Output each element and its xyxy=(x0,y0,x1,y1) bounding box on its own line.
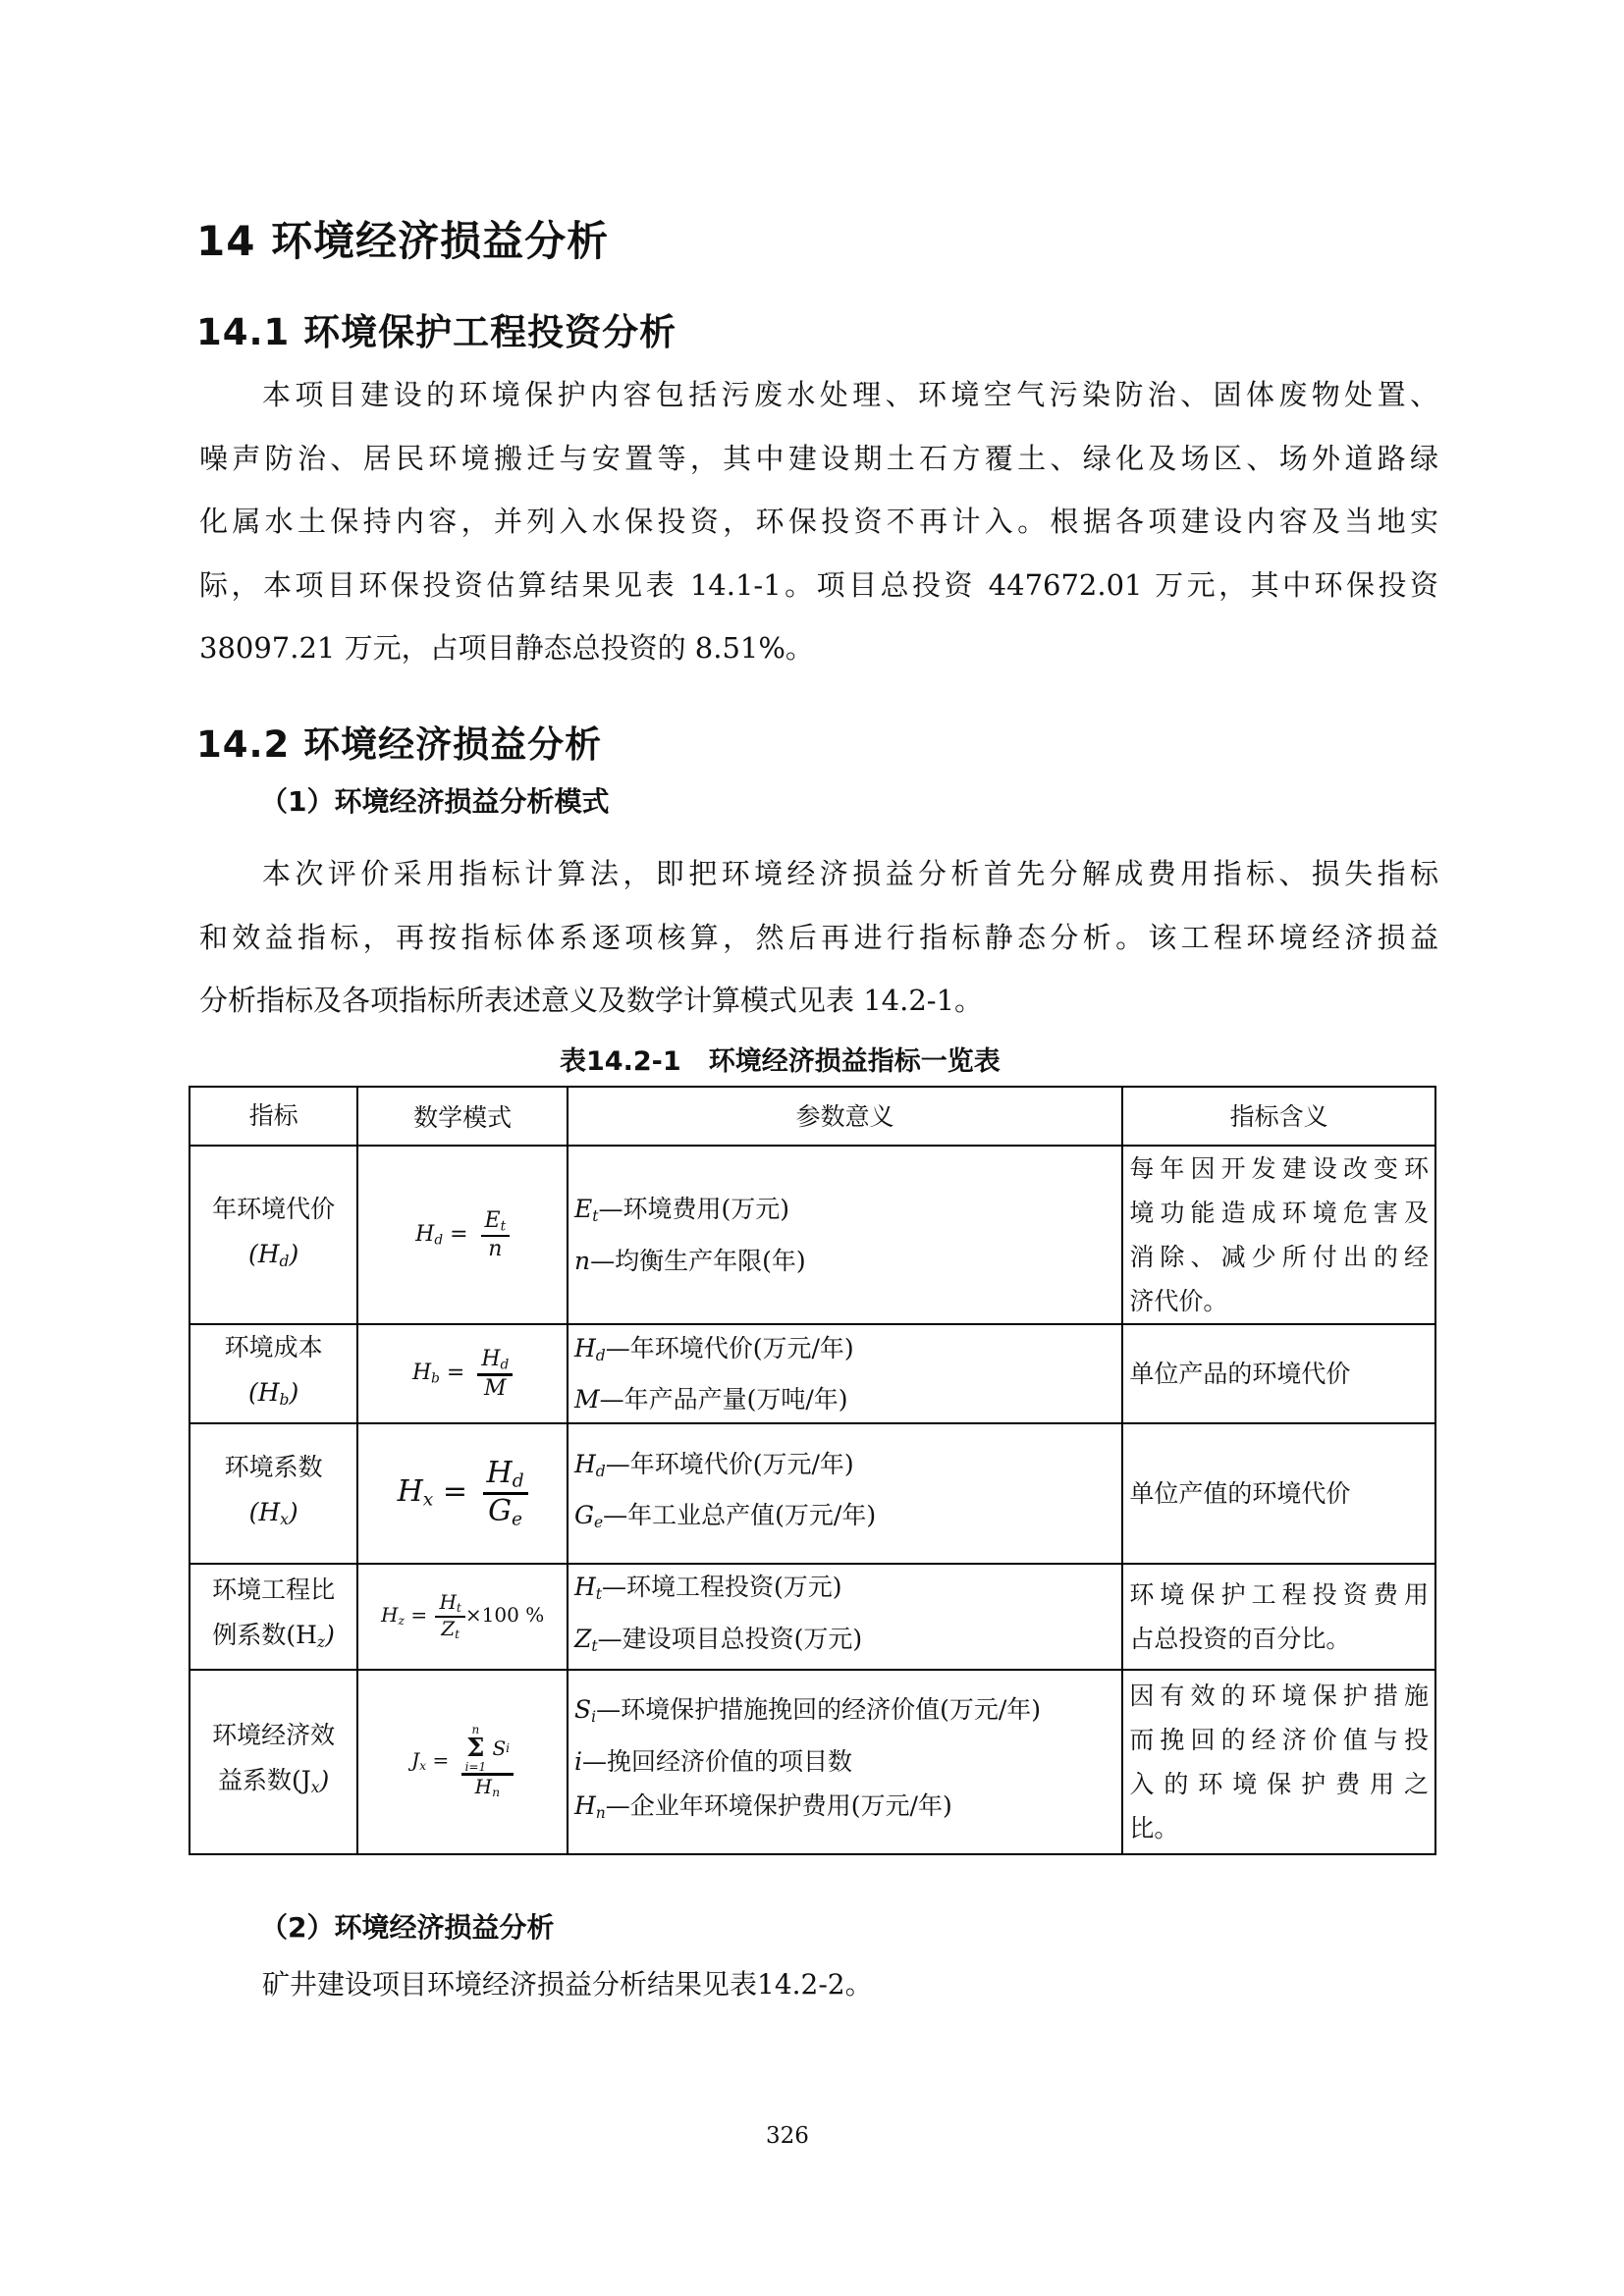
header-meaning: 指标含义 xyxy=(1122,1087,1435,1146)
formula-hb: Hb = HdM xyxy=(412,1361,513,1385)
param-line: Zt—建设项目总投资(万元) xyxy=(574,1617,1115,1669)
param-line: n—均衡生产年限(年) xyxy=(574,1239,1115,1283)
paragraph-line: 38097.21 万元，占项目静态总投资的 8.51%。 xyxy=(199,616,1438,680)
cell-formula: Hb = HdM xyxy=(357,1324,568,1423)
section-heading-14-2: 14.2 环境经济损益分析 xyxy=(196,721,602,770)
cell-indicator: 环境成本 (Hb) xyxy=(189,1324,357,1423)
param-line: M—年产品产量(万吨/年) xyxy=(574,1377,1115,1421)
table-row: 环境工程比 例系数(Hz) Hz = HtZt×100 % Ht—环境工程投资(… xyxy=(189,1564,1435,1670)
paragraph-line: 和效益指标，再按指标体系逐项核算，然后再进行指标静态分析。该工程环境经济损益 xyxy=(199,906,1438,970)
param-line: Ge—年工业总产值(万元/年) xyxy=(574,1493,1115,1545)
table-row: 环境系数 (Hx) Hx = HdGe Hd—年环境代价(万元/年) Ge—年工… xyxy=(189,1423,1435,1564)
cell-meaning: 环境保护工程投资费用 占总投资的百分比。 xyxy=(1122,1564,1435,1670)
cell-meaning: 每年因开发建设改变环 境功能造成环境危害及 消除、减少所付出的经 济代价。 xyxy=(1122,1146,1435,1324)
paragraph-line: 本次评价采用指标计算法，即把环境经济损益分析首先分解成费用指标、损失指标 xyxy=(199,842,1438,906)
cell-indicator: 环境经济效 益系数(Jx) xyxy=(189,1670,357,1854)
cell-parameters: Si—环境保护措施挽回的经济价值(万元/年) i—挽回经济价值的项目数 Hn—企… xyxy=(568,1670,1122,1854)
header-parameters: 参数意义 xyxy=(568,1087,1122,1146)
subheading-analysis-mode: （1）环境经济损益分析模式 xyxy=(260,782,609,822)
cell-meaning: 单位产值的环境代价 xyxy=(1122,1423,1435,1564)
paragraph-line: 分析指标及各项指标所表述意义及数学计算模式见表 14.2-1。 xyxy=(199,969,1438,1033)
formula-hx: Hx = HdGe xyxy=(398,1474,528,1509)
paragraph-line: 际，本项目环保投资估算结果见表 14.1-1。项目总投资 447672.01 万… xyxy=(199,554,1438,617)
chapter-heading: 14 环境经济损益分析 xyxy=(196,214,609,269)
header-indicator: 指标 xyxy=(189,1087,357,1146)
param-line: Si—环境保护措施挽回的经济价值(万元/年) xyxy=(574,1687,1115,1739)
paragraph-method: 本次评价采用指标计算法，即把环境经济损益分析首先分解成费用指标、损失指标 和效益… xyxy=(199,842,1438,1033)
paragraph-investment: 本项目建设的环境保护内容包括污废水处理、环境空气污染防治、固体废物处置、 噪声防… xyxy=(199,363,1438,680)
header-formula: 数学模式 xyxy=(357,1087,568,1146)
paragraph-line: 本项目建设的环境保护内容包括污废水处理、环境空气污染防治、固体废物处置、 xyxy=(199,363,1438,427)
table-row: 环境成本 (Hb) Hb = HdM Hd—年环境代价(万元/年) M—年产品产… xyxy=(189,1324,1435,1423)
param-line: Hd—年环境代价(万元/年) xyxy=(574,1326,1115,1378)
cell-indicator: 环境工程比 例系数(Hz) xyxy=(189,1564,357,1670)
table-header-row: 指标 数学模式 参数意义 指标含义 xyxy=(189,1087,1435,1146)
formula-hz: Hz = HtZt×100 % xyxy=(381,1603,544,1627)
cell-parameters: Hd—年环境代价(万元/年) M—年产品产量(万吨/年) xyxy=(568,1324,1122,1423)
page-number: 326 xyxy=(766,2123,809,2149)
indicator-table: 指标 数学模式 参数意义 指标含义 年环境代价 (Hd) Hd = Etn Et… xyxy=(189,1086,1436,1855)
cell-meaning: 因有效的环境保护措施 而挽回的经济价值与投 入的环境保护费用之 比。 xyxy=(1122,1670,1435,1854)
cell-formula: Jx = nΣi=1 SiHn xyxy=(357,1670,568,1854)
param-line: Hd—年环境代价(万元/年) xyxy=(574,1442,1115,1494)
param-line: i—挽回经济价值的项目数 xyxy=(574,1739,1115,1784)
paragraph-line: 噪声防治、居民环境搬迁与安置等，其中建设期土石方覆土、绿化及场区、场外道路绿 xyxy=(199,427,1438,491)
cell-formula: Hx = HdGe xyxy=(357,1423,568,1564)
formula-jx: Jx = nΣi=1 SiHn xyxy=(411,1748,514,1772)
param-line: Hn—企业年环境保护费用(万元/年) xyxy=(574,1784,1115,1836)
cell-indicator: 环境系数 (Hx) xyxy=(189,1423,357,1564)
formula-hd: Hd = Etn xyxy=(415,1222,510,1247)
cell-parameters: Hd—年环境代价(万元/年) Ge—年工业总产值(万元/年) xyxy=(568,1423,1122,1564)
cell-meaning: 单位产品的环境代价 xyxy=(1122,1324,1435,1423)
cell-parameters: Ht—环境工程投资(万元) Zt—建设项目总投资(万元) xyxy=(568,1564,1122,1670)
cell-formula: Hd = Etn xyxy=(357,1146,568,1324)
subheading-analysis: （2）环境经济损益分析 xyxy=(260,1908,554,1948)
table-caption: 表14.2-1 环境经济损益指标一览表 xyxy=(560,1044,1080,1080)
section-heading-14-1: 14.1 环境保护工程投资分析 xyxy=(196,308,677,357)
param-line: Et—环境费用(万元) xyxy=(574,1187,1115,1239)
cell-formula: Hz = HtZt×100 % xyxy=(357,1564,568,1670)
cell-parameters: Et—环境费用(万元) n—均衡生产年限(年) xyxy=(568,1146,1122,1324)
table-row: 年环境代价 (Hd) Hd = Etn Et—环境费用(万元) n—均衡生产年限… xyxy=(189,1146,1435,1324)
paragraph-line: 化属水土保持内容，并列入水保投资，环保投资不再计入。根据各项建设内容及当地实 xyxy=(199,490,1438,554)
table-row: 环境经济效 益系数(Jx) Jx = nΣi=1 SiHn Si—环境保护措施挽… xyxy=(189,1670,1435,1854)
cell-indicator: 年环境代价 (Hd) xyxy=(189,1146,357,1324)
param-line: Ht—环境工程投资(万元) xyxy=(574,1565,1115,1617)
paragraph-result-reference: 矿井建设项目环境经济损益分析结果见表14.2-2。 xyxy=(262,1965,873,2004)
